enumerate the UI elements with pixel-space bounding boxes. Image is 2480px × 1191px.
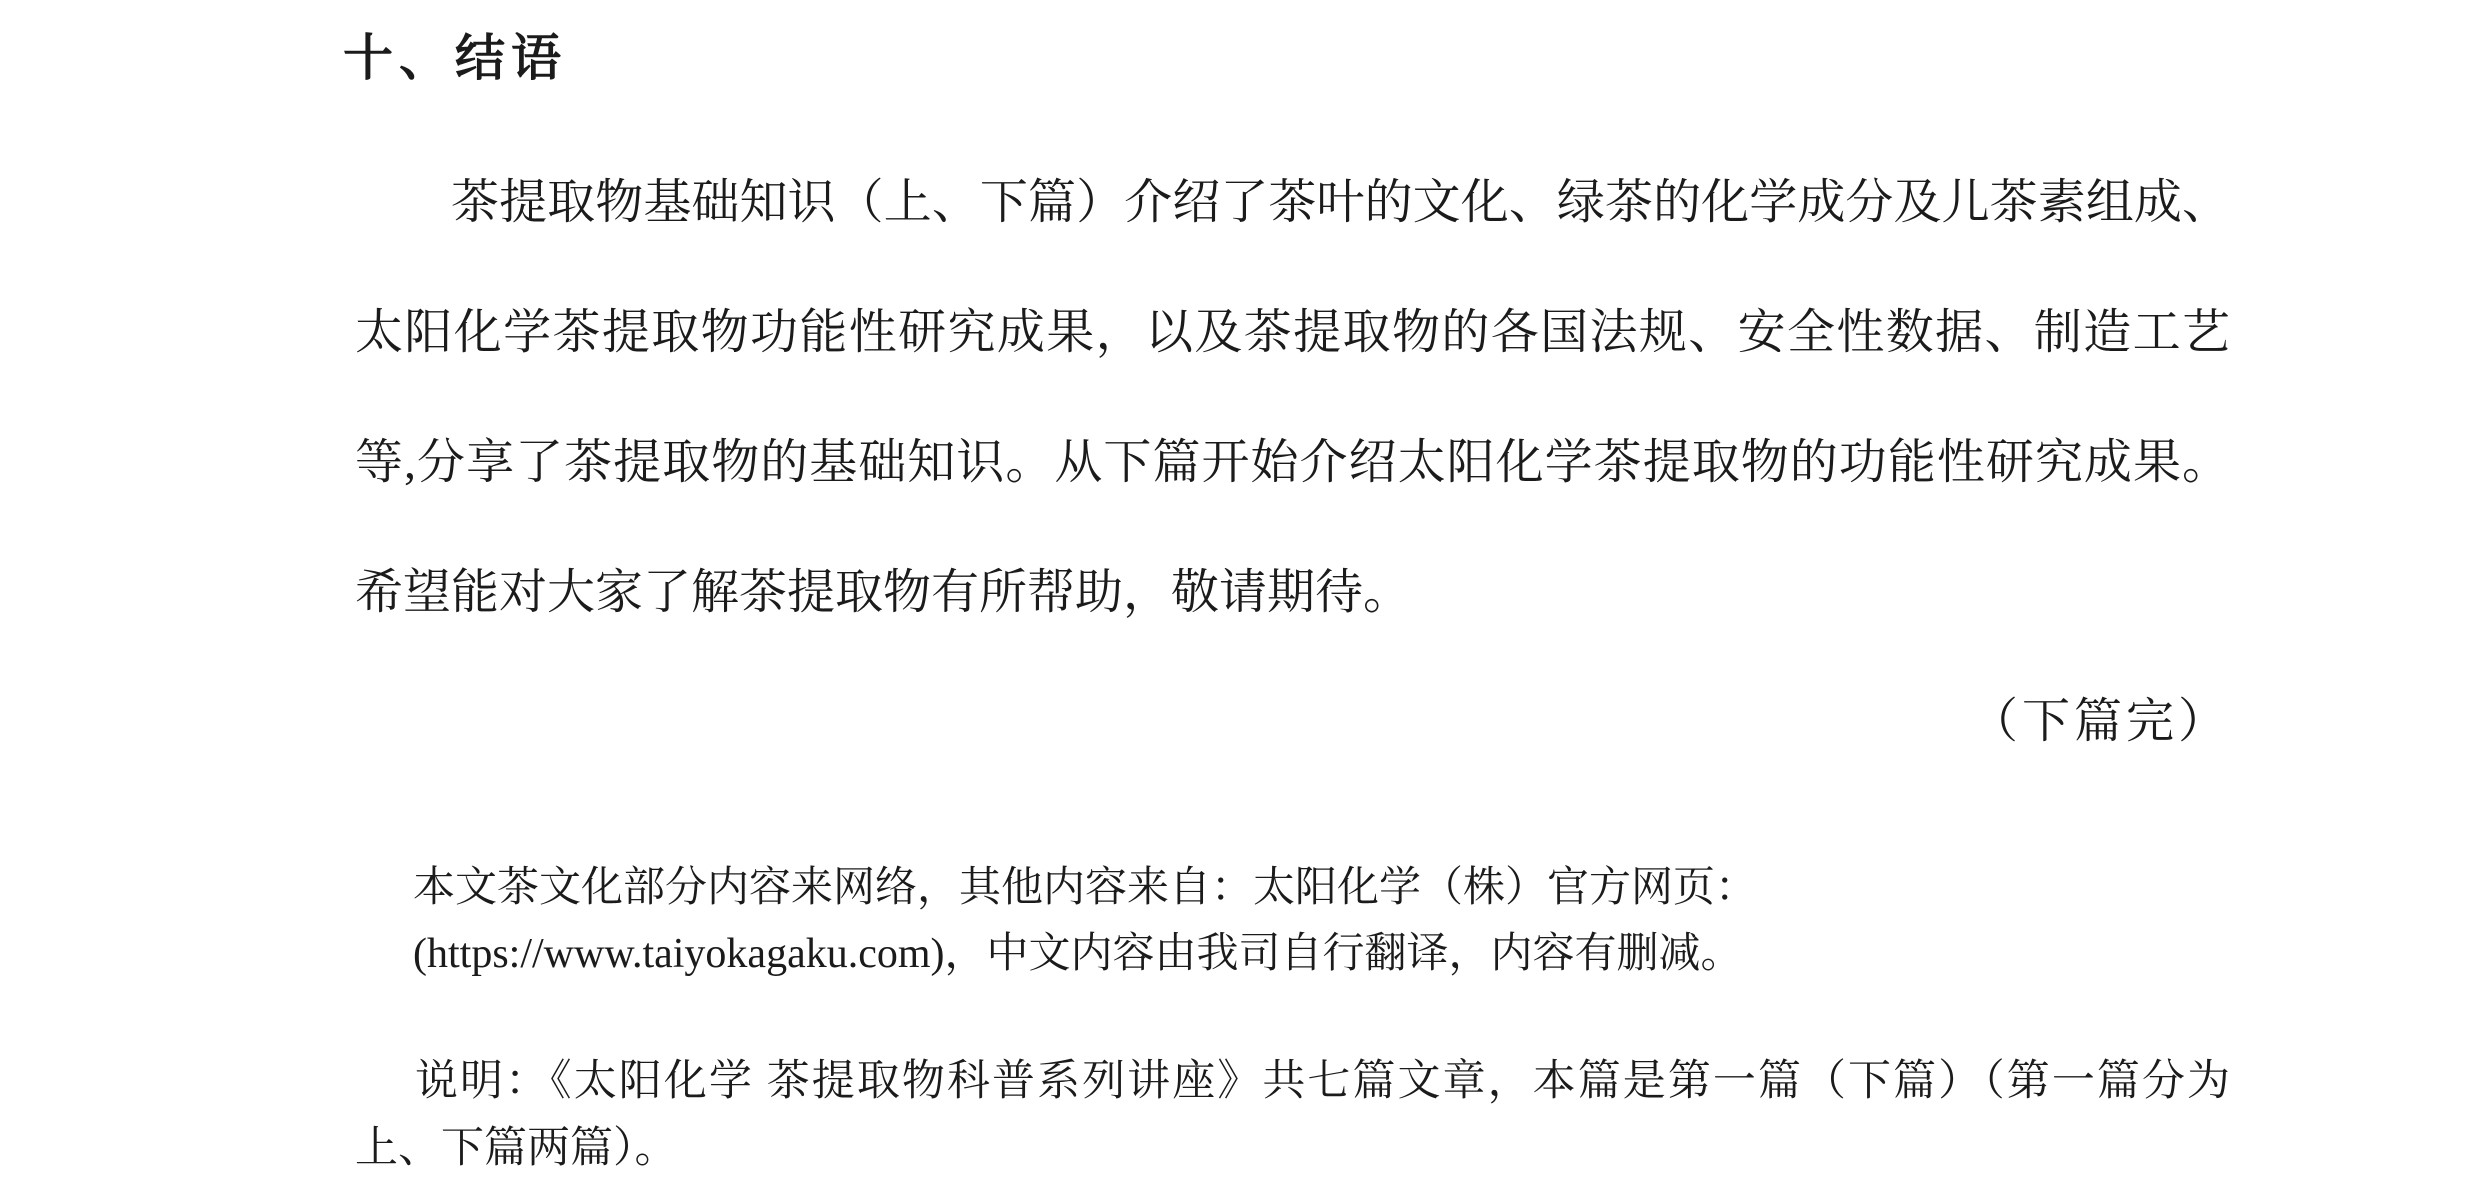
series-note: 说明：《太阳化学 茶提取物科普系列讲座》共七篇文章，本篇是第一篇（下篇）（第一篇… (355, 1048, 2230, 1182)
source-note: 本文茶文化部分内容来网络，其他内容来自：太阳化学（株）官方网页： (https:… (413, 855, 2233, 987)
source-note-line-2: (https://www.taiyokagaku.com)，中文内容由我司自行翻… (413, 921, 2233, 987)
section-heading: 十、结语 (343, 28, 567, 88)
series-note-line-2: 上、下篇两篇）。 (355, 1115, 2230, 1182)
paragraph-line-4: 希望能对大家了解茶提取物有所帮助，敬请期待。 (355, 528, 2230, 658)
end-of-part-mark: （下篇完） (355, 690, 2230, 754)
paragraph-line-3: 等,分享了茶提取物的基础知识。从下篇开始介绍太阳化学茶提取物的功能性研究成果。 (355, 398, 2230, 528)
paragraph-line-1: 茶提取物基础知识（上、下篇）介绍了茶叶的文化、绿茶的化学成分及儿茶素组成、 (355, 138, 2230, 268)
conclusion-paragraph: 茶提取物基础知识（上、下篇）介绍了茶叶的文化、绿茶的化学成分及儿茶素组成、 太阳… (355, 138, 2230, 658)
source-note-line-1: 本文茶文化部分内容来网络，其他内容来自：太阳化学（株）官方网页： (413, 855, 2233, 921)
document-page: 十、结语 茶提取物基础知识（上、下篇）介绍了茶叶的文化、绿茶的化学成分及儿茶素组… (0, 0, 2480, 1191)
paragraph-line-2: 太阳化学茶提取物功能性研究成果，以及茶提取物的各国法规、安全性数据、制造工艺 (355, 268, 2230, 398)
series-note-line-1: 说明：《太阳化学 茶提取物科普系列讲座》共七篇文章，本篇是第一篇（下篇）（第一篇… (355, 1048, 2230, 1115)
